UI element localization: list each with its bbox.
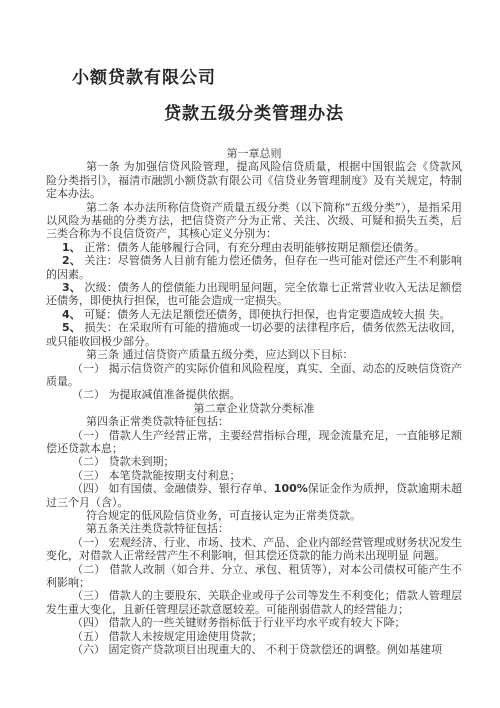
paragraph: 符合规定的低风险信贷业务，可直接认定为正常类贷款。 xyxy=(46,509,462,522)
paragraph: （三） 本笔贷款能按期支付利息； xyxy=(46,469,462,482)
text-run: （二） 贷款未到期； xyxy=(72,455,175,468)
text-run: （一） 借款人生产经营正常，主要经营指标合理，现金流量充足，一直能够足额偿还贷款… xyxy=(46,429,462,455)
text-run: 正常：债务人能够履行合同，有充分理由表明能够按期足额偿还债务。 xyxy=(81,241,426,254)
text-run: 第二条 本办法所称信贷资产质量五级分类（以下简称“五级分类”），是指采用以风险为… xyxy=(46,201,462,241)
paragraph: 5、 损失：在采取所有可能的措施或一切必要的法律程序后，债务依然无法收回，或只能… xyxy=(46,321,462,348)
paragraph: 3、 次级：债务人的偿债能力出现明显问题，完全依靠七正常营业收入无法足额偿还债务… xyxy=(46,281,462,308)
document-page: 小额贷款有限公司 贷款五级分类管理办法 第一章总则第一条 为加强信贷风险管理，提… xyxy=(0,0,500,708)
paragraph: 第二条 本办法所称信贷资产质量五级分类（以下简称“五级分类”），是指采用以风险为… xyxy=(46,201,462,241)
emphasis-text: 4、 xyxy=(62,308,81,321)
emphasis-text: 1、 xyxy=(62,241,81,254)
paragraph: 2、 关注：尽管债务人目前有能力偿还债务，但存在一些可能对偿还产生不利影响的因素… xyxy=(46,254,462,281)
chapter-heading: 第二章企业贷款分类标准 xyxy=(46,402,462,415)
text-run: （二） 为提取减值准备提供依据。 xyxy=(72,388,241,401)
emphasis-text: 3、 xyxy=(62,281,81,294)
paragraph: （二） 为提取减值准备提供依据。 xyxy=(46,388,462,401)
text-run: （四） 借款人的一些关键财务指标低于行业平均水平或有较大下降； xyxy=(72,616,406,629)
paragraph: （四） 借款人的一些关键财务指标低于行业平均水平或有较大下降； xyxy=(46,616,462,629)
paragraph: （五） 借款人未按规定用途使用贷款； xyxy=(46,630,462,643)
paragraph: （三） 借款人的主要股东、关联企业或母子公司等发生不利变化；借款人管理层发生重大… xyxy=(46,589,462,616)
document-body: 第一章总则第一条 为加强信贷风险管理，提高风险信贷质量，根据中国银监会《贷款风险… xyxy=(46,147,462,656)
paragraph: 1、 正常：债务人能够履行合同，有充分理由表明能够按期足额偿还债务。 xyxy=(46,241,462,254)
company-title: 小额贷款有限公司 xyxy=(72,68,462,88)
text-run: 第二章企业贷款分类标准 xyxy=(194,402,315,415)
text-run: （二） 借款人改制（如合并、分立、承包、租赁等），对本公司债权可能产生不利影响； xyxy=(46,563,462,589)
text-run: 次级：债务人的偿债能力出现明显问题，完全依靠七正常营业收入无法足额偿还债务，即使… xyxy=(46,281,462,307)
paragraph: （六） 固定资产贷款项目出现重大的、 不利于贷款偿还的调整。例如基建项 xyxy=(46,643,462,656)
emphasis-text: 5、 xyxy=(62,321,81,334)
text-run: 符合规定的低风险信贷业务，可直接认定为正常类贷款。 xyxy=(86,509,361,522)
paragraph: 第三条 通过信贷资产质量五级分类，应达到以下目标： xyxy=(46,348,462,361)
text-run: 关注：尽管债务人目前有能力偿还债务，但存在一些可能对偿还产生不利影响的因素。 xyxy=(46,254,462,280)
text-run: （三） 借款人的主要股东、关联企业或母子公司等发生不利变化；借款人管理层发生重大… xyxy=(46,589,462,615)
text-run: （六） 固定资产贷款项目出现重大的、 不利于贷款偿还的调整。例如基建项 xyxy=(72,643,442,656)
paragraph: 4、 可疑：债务人无法足额偿还债务，即使执行担保，也肯定要造成较大损 失。 xyxy=(46,308,462,321)
paragraph: 第一条 为加强信贷风险管理，提高风险信贷质量，根据中国银监会《贷款风险分类指引》… xyxy=(46,160,462,200)
text-run: （三） 本笔贷款能按期支付利息； xyxy=(72,469,241,482)
paragraph: 第四条正常类贷款特征包括： xyxy=(46,415,462,428)
text-run: 第四条正常类贷款特征包括： xyxy=(86,415,229,428)
document-title: 贷款五级分类管理办法 xyxy=(46,104,462,124)
text-run: 损失：在采取所有可能的措施或一切必要的法律程序后，债务依然无法收回，或只能收回极… xyxy=(46,321,462,347)
text-run: （一） 宏观经济、行业、市场、技术、产品、企业内部经营管理或财务状况发生变化，对… xyxy=(46,536,462,562)
emphasis-text: 100% xyxy=(274,482,308,495)
paragraph: （二） 贷款未到期； xyxy=(46,455,462,468)
text-run: （一） 揭示信贷资产的实际价值和风险程度，真实、全面、动态的反映信贷资产质量。 xyxy=(46,362,462,388)
text-run: 第五条关注类贷款特征包括： xyxy=(86,522,229,535)
text-run: 第一条 为加强信贷风险管理，提高风险信贷质量，根据中国银监会《贷款风险分类指引》… xyxy=(46,160,462,200)
paragraph: （一） 宏观经济、行业、市场、技术、产品、企业内部经营管理或财务状况发生变化，对… xyxy=(46,536,462,563)
chapter-heading: 第一章总则 xyxy=(46,147,462,160)
paragraph: 第五条关注类贷款特征包括： xyxy=(46,522,462,535)
text-run: （四） 如有国债、金融债券、银行存单、 xyxy=(72,482,274,495)
text-run: （五） 借款人未按规定用途使用贷款； xyxy=(72,630,263,643)
emphasis-text: 2、 xyxy=(62,254,81,267)
text-run: 可疑：债务人无法足额偿还债务，即使执行担保，也肯定要造成较大损 失。 xyxy=(81,308,451,321)
paragraph: （二） 借款人改制（如合并、分立、承包、租赁等），对本公司债权可能产生不利影响； xyxy=(46,563,462,590)
paragraph: （一） 借款人生产经营正常，主要经营指标合理，现金流量充足，一直能够足额偿还贷款… xyxy=(46,429,462,456)
text-run: 第三条 通过信贷资产质量五级分类，应达到以下目标： xyxy=(86,348,354,361)
paragraph: （一） 揭示信贷资产的实际价值和风险程度，真实、全面、动态的反映信贷资产质量。 xyxy=(46,362,462,389)
paragraph: （四） 如有国债、金融债券、银行存单、100%保证金作为质押，贷款逾期未超过三个… xyxy=(46,482,462,509)
text-run: 第一章总则 xyxy=(227,147,282,160)
